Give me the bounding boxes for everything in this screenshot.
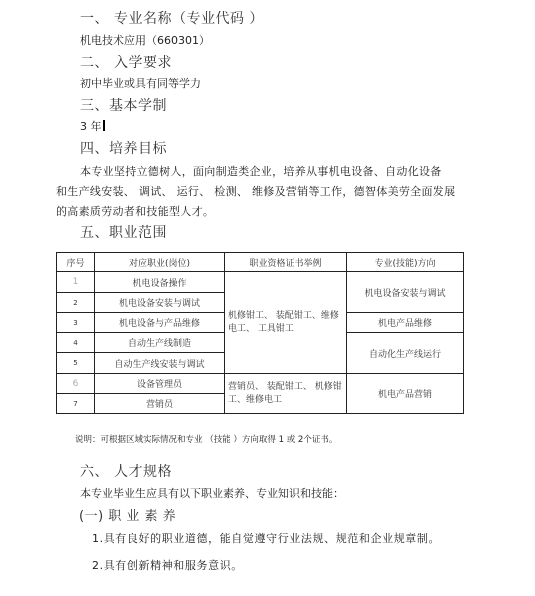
- talent-spec-intro: 本专业毕业生应具有以下职业素养、专业知识和技能：: [80, 485, 344, 501]
- row-direction: 机电产品维修: [347, 313, 464, 333]
- row-seq: 5: [57, 353, 95, 374]
- section-1-heading: 一、 专业名称（专业代码 ）: [80, 8, 264, 28]
- quality-item-1: 1.具有良好的职业道德，能自觉遵守行业法规、规范和企业规章制。: [92, 530, 440, 546]
- row-seq: 4: [57, 333, 95, 353]
- table-header-row: 序号 对应职业(岗位) 职业资格证书举例 专业(技能)方向: [57, 253, 464, 272]
- row-job: 自动生产线安装与调试: [95, 353, 225, 374]
- header-direction: 专业(技能)方向: [347, 253, 464, 272]
- objective-line-3: 的高素质劳动者和技能型人才。: [56, 201, 214, 223]
- major-name-code: 机电技术应用（660301）: [80, 32, 210, 48]
- row-job: 机电设备操作: [95, 272, 225, 293]
- table-note: 说明：可根据区域实际情况和专业 （技能 ）方向取得 1 或 2个证书。: [75, 433, 337, 445]
- study-duration: 3 年: [80, 120, 102, 133]
- row-cert: 机修钳工、 装配钳工、维修电工、 工具钳工: [225, 272, 347, 374]
- section-4-heading: 四、培养目标: [80, 138, 167, 158]
- study-duration-line[interactable]: 3 年: [80, 118, 105, 134]
- row-job: 设备管理员: [95, 374, 225, 394]
- row-job: 机电设备与产品维修: [95, 313, 225, 333]
- header-job: 对应职业(岗位): [95, 253, 225, 272]
- subsection-professional-quality: (一) 职 业 素 养: [79, 505, 176, 524]
- text-cursor: [103, 120, 105, 131]
- objective-line-2: 和生产线安装、 调试、 运行、 检测、 维修及营销等工作，德智体美劳全面发展: [56, 181, 455, 203]
- quality-item-2: 2.具有创新精神和服务意识。: [92, 557, 243, 573]
- section-6-heading: 六、 人才规格: [80, 461, 172, 481]
- header-cert: 职业资格证书举例: [225, 253, 347, 272]
- table-row: 6 设备管理员 营销员、 装配钳工、 机修钳工、维修电工 机电产品营销: [57, 374, 464, 394]
- row-seq: 1: [57, 272, 95, 293]
- row-seq: 7: [57, 394, 95, 414]
- header-seq: 序号: [57, 253, 95, 272]
- row-job: 机电设备安装与调试: [95, 293, 225, 313]
- objective-line-1: 本专业坚持立德树人，面向制造类企业，培养从事机电设备、自动化设备: [80, 161, 442, 183]
- row-seq: 3: [57, 313, 95, 333]
- row-job: 自动生产线制造: [95, 333, 225, 353]
- admission-requirement: 初中毕业或具有同等学力: [80, 75, 201, 91]
- row-direction: 机电产品营销: [347, 374, 464, 414]
- career-scope-table: 序号 对应职业(岗位) 职业资格证书举例 专业(技能)方向 1 机电设备操作 机…: [56, 252, 464, 414]
- row-seq: 6: [57, 374, 95, 394]
- section-5-heading: 五、职业范围: [80, 222, 167, 242]
- row-direction: 自动化生产线运行: [347, 333, 464, 374]
- table-row: 1 机电设备操作 机修钳工、 装配钳工、维修电工、 工具钳工 机电设备安装与调试: [57, 272, 464, 293]
- section-3-heading: 三、基本学制: [80, 95, 167, 115]
- row-job: 营销员: [95, 394, 225, 414]
- row-seq: 2: [57, 293, 95, 313]
- row-cert: 营销员、 装配钳工、 机修钳工、维修电工: [225, 374, 347, 414]
- row-direction: 机电设备安装与调试: [347, 272, 464, 313]
- section-2-heading: 二、 入学要求: [80, 52, 172, 72]
